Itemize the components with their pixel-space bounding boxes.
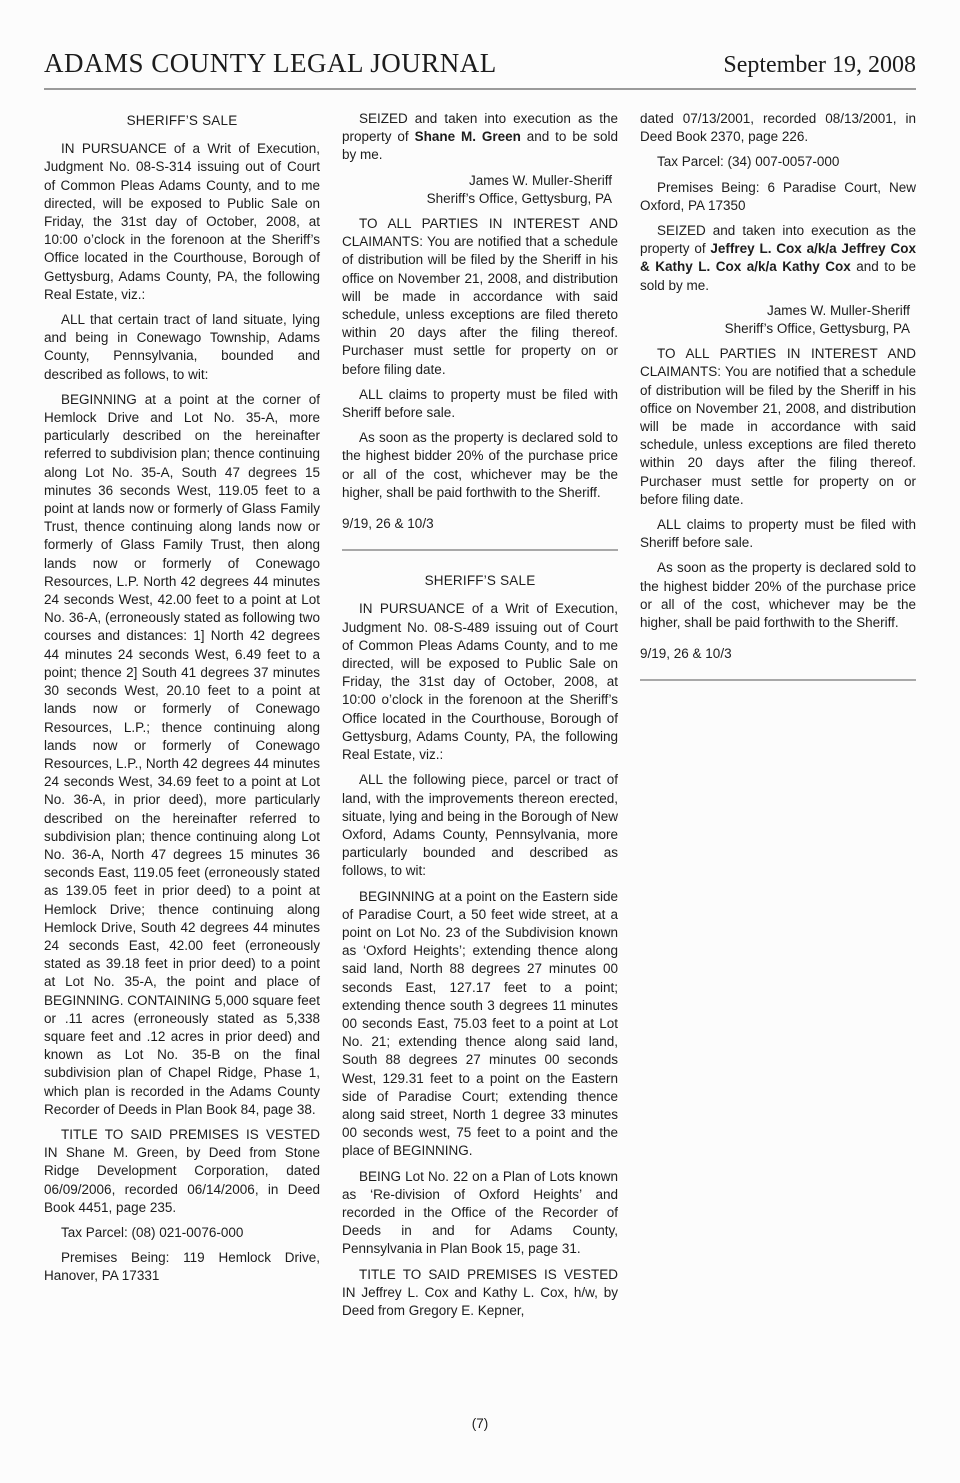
signature-line: Sheriff’s Office, Gettysburg, PA xyxy=(342,190,618,208)
notice-paragraph: ALL that certain tract of land situate, … xyxy=(44,311,320,384)
journal-title: ADAMS COUNTY LEGAL JOURNAL xyxy=(44,50,497,77)
notice-paragraph: ALL claims to property must be filed wit… xyxy=(640,516,916,552)
notice-columns: SHERIFF’S SALEIN PURSUANCE of a Writ of … xyxy=(44,110,916,1327)
notice-paragraph: TITLE TO SAID PREMISES IS VESTED IN Shan… xyxy=(44,1126,320,1217)
notice-paragraph: Tax Parcel: (34) 007-0057-000 xyxy=(640,153,916,171)
notice-heading: SHERIFF’S SALE xyxy=(342,572,618,590)
signature-line: James W. Muller-Sheriff xyxy=(640,302,916,320)
masthead: ADAMS COUNTY LEGAL JOURNAL September 19,… xyxy=(44,0,916,77)
column-2: SEIZED and taken into execution as the p… xyxy=(342,110,618,1327)
notice-paragraph: As soon as the property is declared sold… xyxy=(342,429,618,502)
notice-paragraph: SEIZED and taken into execution as the p… xyxy=(640,222,916,295)
notice-paragraph: TO ALL PARTIES IN INTEREST AND CLAIMANTS… xyxy=(342,215,618,379)
notice-divider-rule xyxy=(342,549,618,551)
notice-paragraph: SEIZED and taken into execution as the p… xyxy=(342,110,618,165)
notice-divider-rule xyxy=(640,679,916,681)
issue-date: September 19, 2008 xyxy=(723,53,916,77)
notice-heading: SHERIFF’S SALE xyxy=(44,112,320,130)
notice-paragraph: BEING Lot No. 22 on a Plan of Lots known… xyxy=(342,1168,618,1259)
signature-block: James W. Muller-SheriffSheriff’s Office,… xyxy=(342,172,618,208)
notice-paragraph: Premises Being: 119 Hemlock Drive, Hanov… xyxy=(44,1249,320,1285)
notice-paragraph: Premises Being: 6 Paradise Court, New Ox… xyxy=(640,179,916,215)
publication-dates: 9/19, 26 & 10/3 xyxy=(342,515,618,533)
signature-line: Sheriff’s Office, Gettysburg, PA xyxy=(640,320,916,338)
notice-paragraph: dated 07/13/2001, recorded 08/13/2001, i… xyxy=(640,110,916,146)
publication-dates: 9/19, 26 & 10/3 xyxy=(640,645,916,663)
column-3: dated 07/13/2001, recorded 08/13/2001, i… xyxy=(640,110,916,702)
notice-paragraph: IN PURSUANCE of a Writ of Execution, Jud… xyxy=(342,600,618,764)
signature-line: James W. Muller-Sheriff xyxy=(342,172,618,190)
notice-paragraph: As soon as the property is declared sold… xyxy=(640,559,916,632)
notice-paragraph: BEGINNING at a point at the corner of He… xyxy=(44,391,320,1119)
signature-block: James W. Muller-SheriffSheriff’s Office,… xyxy=(640,302,916,338)
defendant-name: Shane M. Green xyxy=(415,129,521,144)
notice-paragraph: BEGINNING at a point on the Eastern side… xyxy=(342,888,618,1161)
page-number: (7) xyxy=(0,1416,960,1431)
column-1: SHERIFF’S SALEIN PURSUANCE of a Writ of … xyxy=(44,110,320,1293)
notice-paragraph: IN PURSUANCE of a Writ of Execution, Jud… xyxy=(44,140,320,304)
legal-journal-page: ADAMS COUNTY LEGAL JOURNAL September 19,… xyxy=(0,0,960,1483)
notice-paragraph: ALL the following piece, parcel or tract… xyxy=(342,771,618,880)
notice-paragraph: TITLE TO SAID PREMISES IS VESTED IN Jeff… xyxy=(342,1266,618,1321)
notice-paragraph: ALL claims to property must be filed wit… xyxy=(342,386,618,422)
notice-paragraph: TO ALL PARTIES IN INTEREST AND CLAIMANTS… xyxy=(640,345,916,509)
notice-paragraph: Tax Parcel: (08) 021-0076-000 xyxy=(44,1224,320,1242)
masthead-rule xyxy=(44,88,916,90)
